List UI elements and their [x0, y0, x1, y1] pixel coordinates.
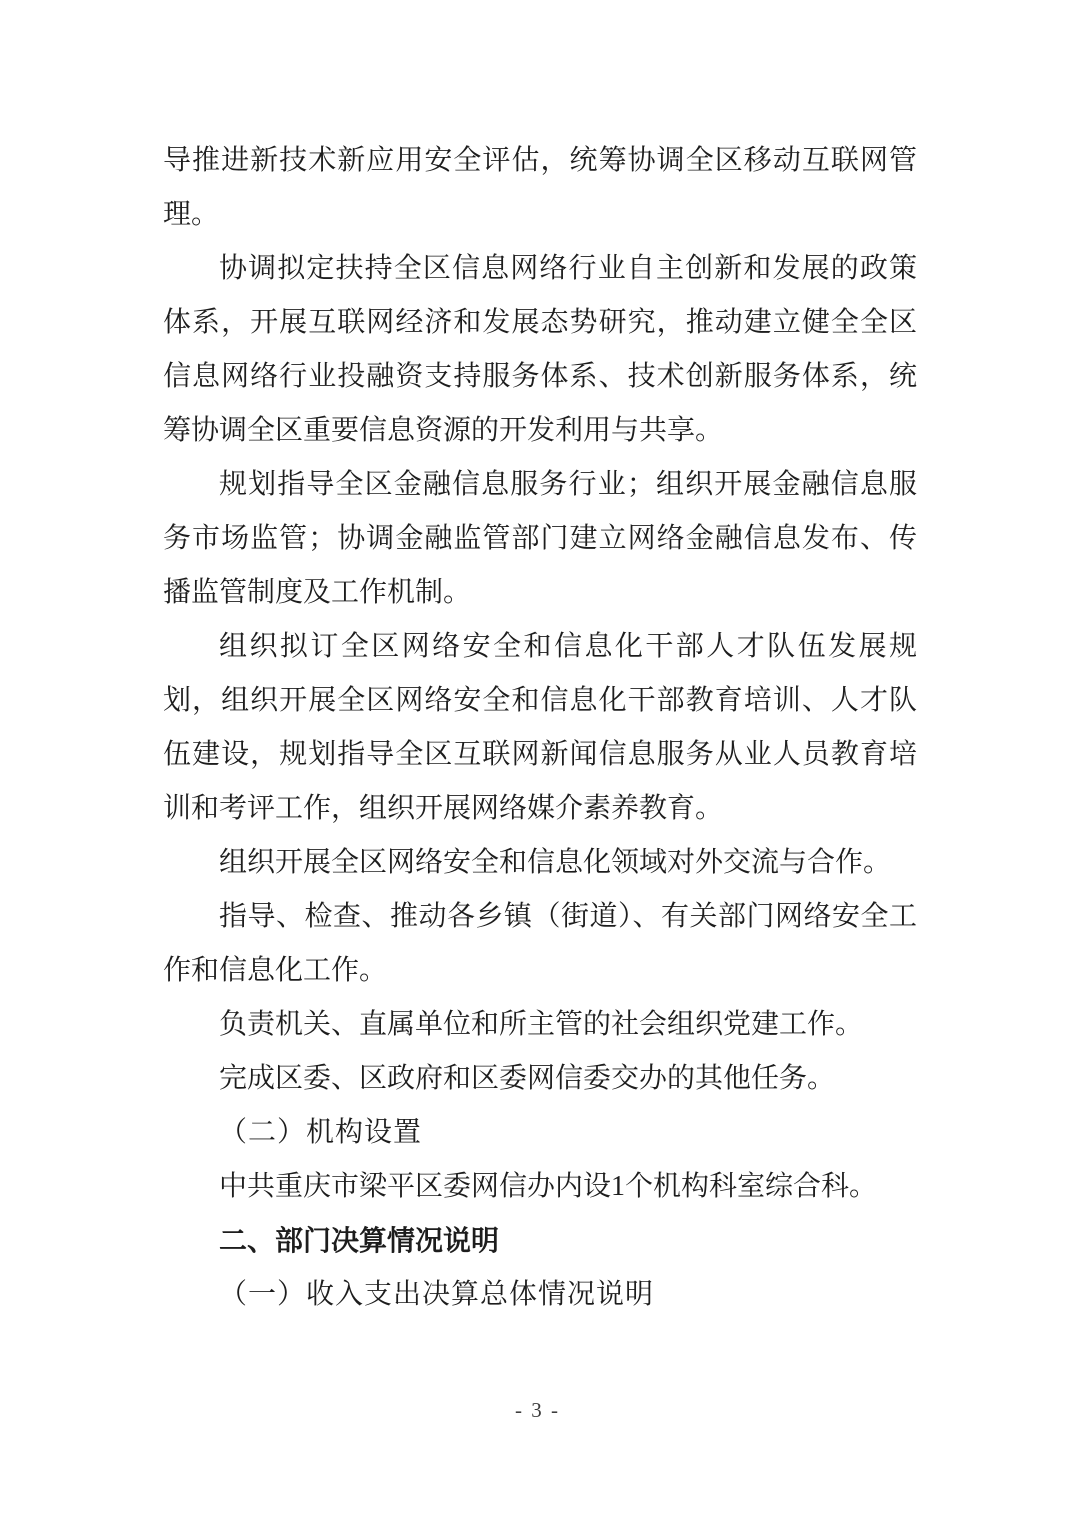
paragraph: （二）机构设置	[163, 1106, 917, 1160]
paragraph: 协调拟定扶持全区信息网络行业自主创新和发展的政策体系，开展互联网经济和发展态势研…	[163, 242, 917, 458]
paragraph: 中共重庆市梁平区委网信办内设1个机构科室综合科。	[163, 1160, 917, 1214]
paragraph: 指导、检查、推动各乡镇（街道）、有关部门网络安全工作和信息化工作。	[163, 890, 917, 998]
document-page: 导推进新技术新应用安全评估，统筹协调全区移动互联网管理。协调拟定扶持全区信息网络…	[0, 0, 1075, 1520]
paragraph: 组织开展全区网络安全和信息化领域对外交流与合作。	[163, 836, 917, 890]
paragraph: 负责机关、直属单位和所主管的社会组织党建工作。	[163, 998, 917, 1052]
document-body: 导推进新技术新应用安全评估，统筹协调全区移动互联网管理。协调拟定扶持全区信息网络…	[163, 134, 917, 1322]
page-number: - 3 -	[0, 1396, 1075, 1424]
paragraph: 完成区委、区政府和区委网信委交办的其他任务。	[163, 1052, 917, 1106]
paragraph: 组织拟订全区网络安全和信息化干部人才队伍发展规划，组织开展全区网络安全和信息化干…	[163, 620, 917, 836]
paragraph: 二、部门决算情况说明	[163, 1214, 917, 1268]
paragraph: （一）收入支出决算总体情况说明	[163, 1268, 917, 1322]
paragraph: 规划指导全区金融信息服务行业；组织开展金融信息服务市场监管；协调金融监管部门建立…	[163, 458, 917, 620]
paragraph: 导推进新技术新应用安全评估，统筹协调全区移动互联网管理。	[163, 134, 917, 242]
